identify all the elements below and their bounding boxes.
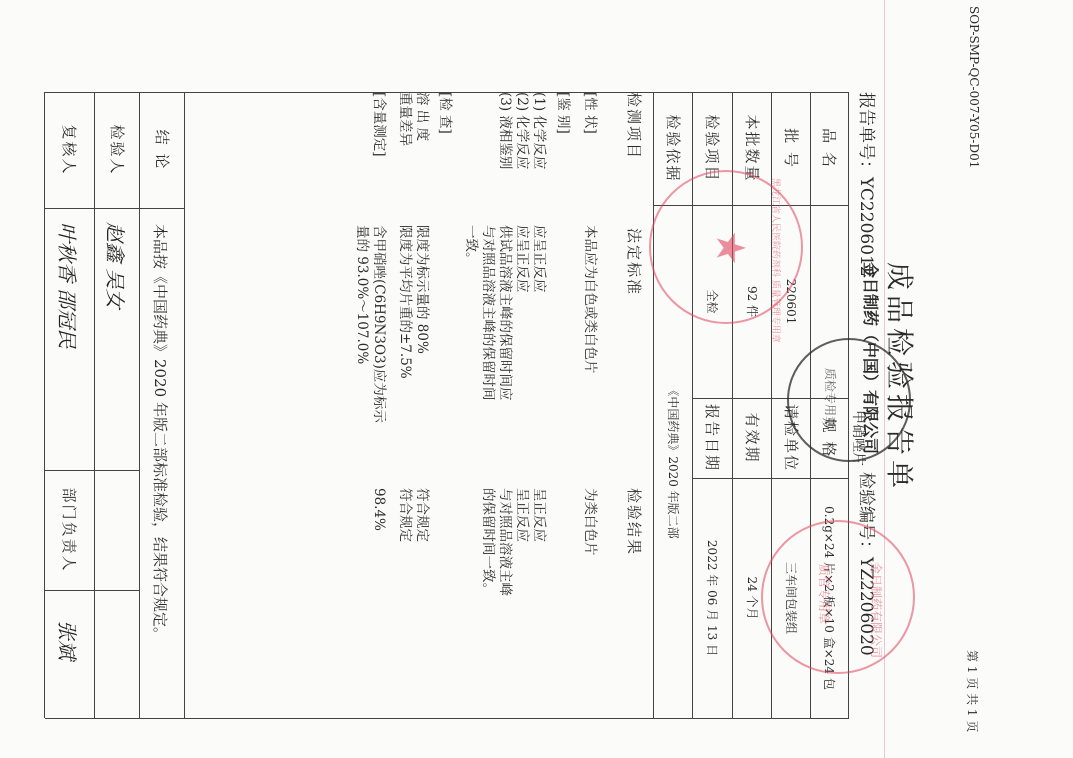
test-item: [检 查] [436,92,453,134]
test-item: (2) 化学反应 [513,92,530,169]
test-standard: 应呈正反应 [513,225,530,293]
test-standard: 限度为标示量的 80% [413,225,430,354]
test-standard: 限度为平均片重的±7.5% [396,225,413,379]
header-label: 有效期 [733,398,772,478]
inspector-label: 检验人 [95,92,140,208]
test-result: 符合规定 [396,488,413,542]
test-result: 符合规定 [413,488,430,542]
test-item: [性 状] [581,92,598,134]
test-standard: 与对照品溶液主峰的保留时间 [479,225,496,401]
test-standard: 本品应为白色或类白色片 [581,225,598,374]
test-standard: 含甲硝唑(C6H9N3O3)应为标示 [370,225,387,423]
quality-check-stamp: 质检专用章 [787,338,911,462]
test-item: (3) 液相鉴别 [496,92,513,169]
test-result: 与对照品溶液主峰 [496,488,513,596]
reviewer-signature: 叶秋香 邵冠民 [54,222,83,348]
test-result: 呈正反应 [530,488,547,542]
test-item: (1) 化学反应 [530,92,547,169]
test-item: [含量测定] [370,92,387,157]
test-item: 溶 出 度 [413,92,430,141]
header-value: 2022 年 06 月 13 日 [693,478,733,718]
conclusion-label: 结 论 [140,92,185,208]
hospital-stamp: ★ 黑龙江省人民医院药剂科 质量管理专用章 [649,170,803,324]
test-result: 呈正反应 [513,488,530,542]
page-info: 第 1 页 共 1 页 [964,650,981,732]
report-page: SOP-SMP-QC-007-Y05-D01 第 1 页 共 1 页 金日制药（… [0,0,1073,758]
test-standard: 应呈正反应 [530,225,547,293]
doc-code: SOP-SMP-QC-007-Y05-D01 [967,6,981,168]
header-label: 品 名 [811,92,849,205]
dept-head-signature: 张斌 [54,620,83,660]
star-icon: ★ [707,230,753,266]
quality-mgmt-stamp: 金日制药有限公司 质管专用章 [761,520,915,674]
col-standard: 法定标准 [624,228,645,296]
test-standard: 供试品溶液主峰的保留时间应 [496,225,513,401]
test-standard: 量的 93.0%～107.0% [353,225,370,364]
test-result: 的保留时间一致。 [479,488,496,596]
inspector-signature: 赵鑫 吴女 [102,222,131,308]
header-label: 报告日期 [693,398,733,478]
test-item: [鉴 别] [554,92,571,134]
col-result: 检验结果 [624,488,645,556]
dept-head-label: 部门负责人 [45,470,95,590]
test-result: 为类白色片 [581,488,598,556]
conclusion-text: 本品按《中国药典》2020 年版二部标准检验，结果符合规定。 [150,224,171,642]
test-item: 重量差异 [396,92,413,146]
test-standard: 一致。 [462,225,479,266]
col-item: 检测项目 [624,92,645,160]
reviewer-label: 复核人 [45,92,95,208]
test-result: 98.4% [370,488,387,531]
report-number: 报告单号：YC2206012 [856,92,881,277]
